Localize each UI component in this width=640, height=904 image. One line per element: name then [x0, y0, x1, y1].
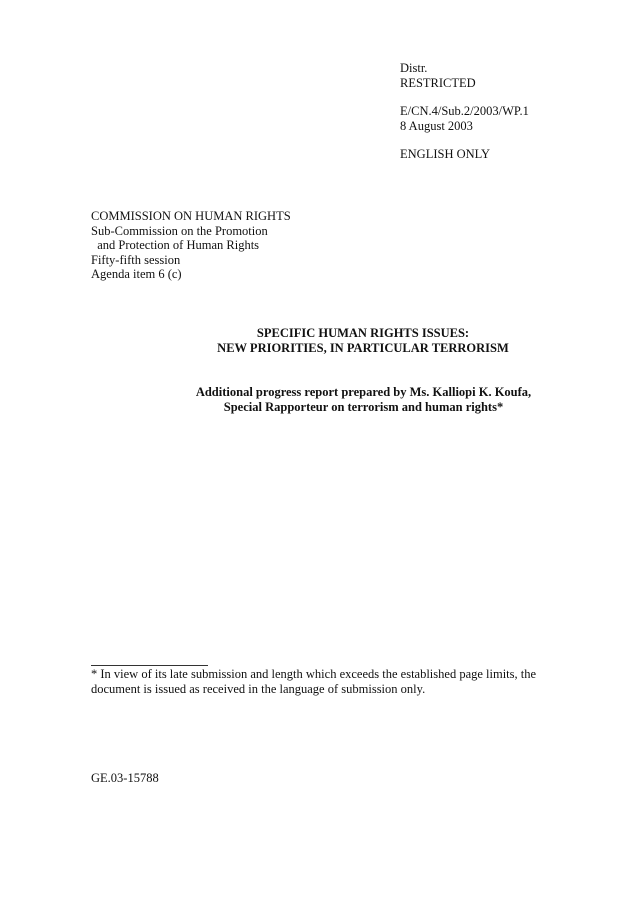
document-number: GE.03-15788	[91, 771, 159, 786]
document-subtitle: Additional progress report prepared by M…	[0, 385, 640, 414]
sub-commission-line-2: and Protection of Human Rights	[91, 238, 291, 253]
heading-line-2: NEW PRIORITIES, IN PARTICULAR TERRORISM	[0, 341, 640, 356]
commission-block: COMMISSION ON HUMAN RIGHTS Sub-Commissio…	[91, 209, 291, 282]
footnote-line-1: * In view of its late submission and len…	[91, 667, 556, 682]
language-note: ENGLISH ONLY	[400, 147, 529, 162]
distribution-label: Distr.	[400, 61, 529, 76]
subtitle-line-1: Additional progress report prepared by M…	[0, 385, 640, 400]
agenda-item: Agenda item 6 (c)	[91, 267, 291, 282]
footnote: * In view of its late submission and len…	[91, 667, 556, 697]
heading-line-1: SPECIFIC HUMAN RIGHTS ISSUES:	[0, 326, 640, 341]
document-date: 8 August 2003	[400, 119, 529, 134]
distribution-value: RESTRICTED	[400, 76, 529, 91]
document-header-block: Distr. RESTRICTED E/CN.4/Sub.2/2003/WP.1…	[400, 61, 529, 162]
sub-commission-line-1: Sub-Commission on the Promotion	[91, 224, 291, 239]
subtitle-line-2: Special Rapporteur on terrorism and huma…	[0, 400, 640, 415]
session: Fifty-fifth session	[91, 253, 291, 268]
document-heading: SPECIFIC HUMAN RIGHTS ISSUES: NEW PRIORI…	[0, 326, 640, 355]
footnote-line-2: document is issued as received in the la…	[91, 682, 556, 697]
commission-name: COMMISSION ON HUMAN RIGHTS	[91, 209, 291, 224]
footnote-divider	[91, 665, 208, 666]
document-symbol: E/CN.4/Sub.2/2003/WP.1	[400, 104, 529, 119]
